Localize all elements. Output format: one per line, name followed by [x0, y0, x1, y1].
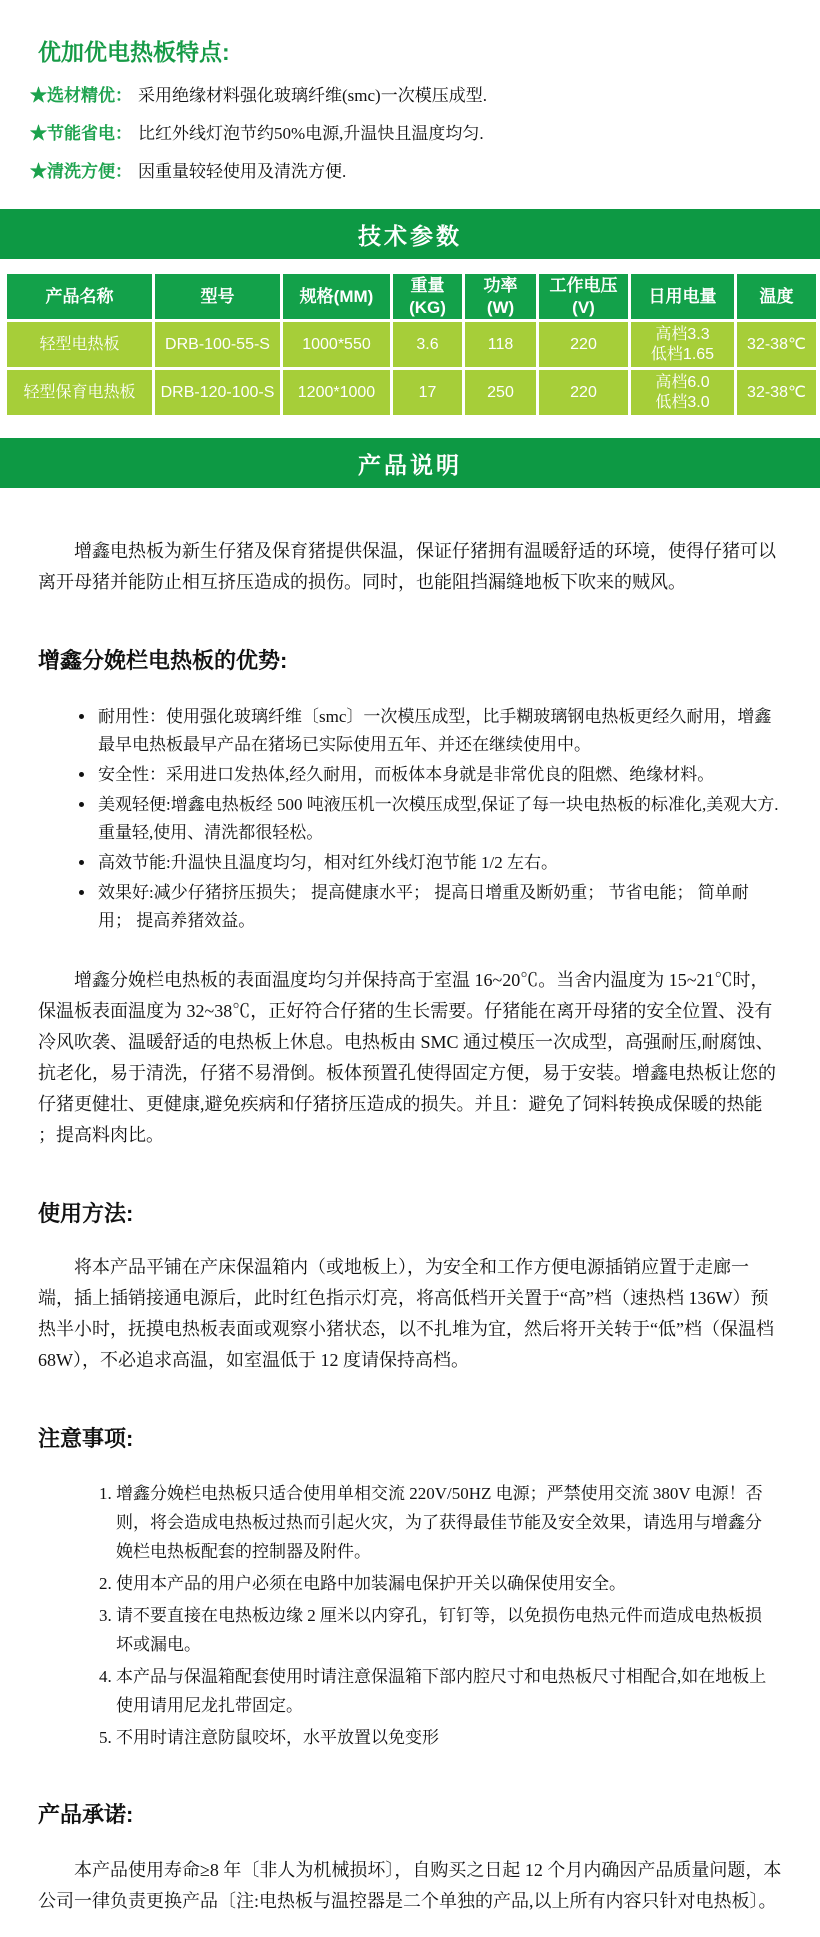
list-item: 本产品与保温箱配套使用时请注意保温箱下部内腔尺寸和电热板尺寸相配合,如在地板上使…	[116, 1662, 772, 1720]
col-header-temperature: 温度	[736, 273, 818, 321]
list-item: 不用时请注意防鼠咬坏，水平放置以免变形	[116, 1723, 772, 1752]
list-item: 高效节能:升温快且温度均匀，相对红外线灯泡节能 1/2 左右。	[96, 849, 782, 877]
spec-table-header-row: 产品名称 型号 规格(MM) 重量 (KG) 功率 (W) 工作电压 (V) 日…	[6, 273, 818, 321]
cell-voltage: 220	[538, 321, 630, 369]
advantages-list: 耐用性：使用强化玻璃纤维〔smc〕一次模压成型，比手糊玻璃钢电热板更经久耐用，增…	[96, 703, 782, 935]
cell-power: 250	[464, 369, 538, 417]
promise-paragraph: 本产品使用寿命≥8 年〔非人为机械损坏〕，自购买之日起 12 个月内确因产品质量…	[38, 1855, 782, 1917]
table-row: 轻型保育电热板 DRB-120-100-S 1200*1000 17 250 2…	[6, 369, 818, 417]
table-row: 轻型电热板 DRB-100-55-S 1000*550 3.6 118 220 …	[6, 321, 818, 369]
cell-daily-consumption: 高档6.0 低档3.0	[630, 369, 736, 417]
cell-model: DRB-100-55-S	[154, 321, 282, 369]
cell-temperature: 32-38℃	[736, 369, 818, 417]
spec-table: 产品名称 型号 规格(MM) 重量 (KG) 功率 (W) 工作电压 (V) 日…	[4, 271, 819, 418]
col-header-size: 规格(MM)	[282, 273, 392, 321]
col-header-weight: 重量 (KG)	[392, 273, 464, 321]
cell-weight: 3.6	[392, 321, 464, 369]
intro-paragraph: 增鑫电热板为新生仔猪及保育猪提供保温，保证仔猪拥有温暖舒适的环境，使得仔猪可以离…	[38, 536, 782, 598]
features-section: 优加优电热板特点: ★选材精优：采用绝缘材料强化玻璃纤维(smc)一次模压成型.…	[0, 0, 820, 183]
cell-model: DRB-120-100-S	[154, 369, 282, 417]
promise-heading: 产品承诺:	[38, 1798, 782, 1829]
feature-item-energy: ★节能省电：比红外线灯泡节约50%电源,升温快且温度均匀.	[30, 123, 790, 145]
col-header-power: 功率 (W)	[464, 273, 538, 321]
col-header-product-name: 产品名称	[6, 273, 154, 321]
tech-params-banner: 技术参数	[0, 209, 820, 259]
feature-text: 因重量较轻使用及清洗方便.	[138, 162, 346, 181]
cell-daily-consumption: 高档3.3 低档1.65	[630, 321, 736, 369]
feature-text: 比红外线灯泡节约50%电源,升温快且温度均匀.	[138, 124, 484, 143]
cell-power: 118	[464, 321, 538, 369]
notices-heading: 注意事项:	[38, 1422, 782, 1453]
cell-size: 1200*1000	[282, 369, 392, 417]
cell-product-name: 轻型电热板	[6, 321, 154, 369]
detail-paragraph: 增鑫分娩栏电热板的表面温度均匀并保持高于室温 16~20℃。当舍内温度为 15~…	[38, 965, 782, 1151]
cell-size: 1000*550	[282, 321, 392, 369]
cell-temperature: 32-38℃	[736, 321, 818, 369]
cell-voltage: 220	[538, 369, 630, 417]
notices-list: 增鑫分娩栏电热板只适合使用单相交流 220V/50HZ 电源；严禁使用交流 38…	[116, 1479, 782, 1752]
description-body: 增鑫电热板为新生仔猪及保育猪提供保温，保证仔猪拥有温暖舒适的环境，使得仔猪可以离…	[0, 536, 820, 1917]
cell-weight: 17	[392, 369, 464, 417]
feature-label: ★清洗方便：	[30, 162, 132, 181]
col-header-voltage: 工作电压 (V)	[538, 273, 630, 321]
cell-product-name: 轻型保育电热板	[6, 369, 154, 417]
col-header-model: 型号	[154, 273, 282, 321]
product-description-banner: 产品说明	[0, 438, 820, 488]
usage-heading: 使用方法:	[38, 1197, 782, 1228]
feature-text: 采用绝缘材料强化玻璃纤维(smc)一次模压成型.	[138, 86, 487, 105]
list-item: 增鑫分娩栏电热板只适合使用单相交流 220V/50HZ 电源；严禁使用交流 38…	[116, 1479, 772, 1566]
product-description-page: 优加优电热板特点: ★选材精优：采用绝缘材料强化玻璃纤维(smc)一次模压成型.…	[0, 0, 820, 1937]
col-header-daily-consumption: 日用电量	[630, 273, 736, 321]
list-item: 请不要直接在电热板边缘 2 厘米以内穿孔，钉钉等，以免损伤电热元件而造成电热板损…	[116, 1601, 772, 1659]
list-item: 使用本产品的用户必须在电路中加装漏电保护开关以确保使用安全。	[116, 1569, 772, 1598]
feature-label: ★节能省电：	[30, 124, 132, 143]
feature-item-material: ★选材精优：采用绝缘材料强化玻璃纤维(smc)一次模压成型.	[30, 85, 790, 107]
usage-paragraph: 将本产品平铺在产床保温箱内（或地板上），为安全和工作方便电源插销应置于走廊一端，…	[38, 1252, 782, 1376]
list-item: 效果好:减少仔猪挤压损失； 提高健康水平； 提高日增重及断奶重； 节省电能； 简…	[96, 879, 782, 935]
list-item: 安全性：采用进口发热体,经久耐用，而板体本身就是非常优良的阻燃、绝缘材料。	[96, 761, 782, 789]
feature-label: ★选材精优：	[30, 86, 132, 105]
list-item: 耐用性：使用强化玻璃纤维〔smc〕一次模压成型，比手糊玻璃钢电热板更经久耐用，增…	[96, 703, 782, 759]
advantages-heading: 增鑫分娩栏电热板的优势:	[38, 644, 782, 675]
list-item: 美观轻便:增鑫电热板经 500 吨液压机一次模压成型,保证了每一块电热板的标准化…	[96, 791, 782, 847]
features-title: 优加优电热板特点:	[38, 34, 790, 67]
feature-item-cleaning: ★清洗方便：因重量较轻使用及清洗方便.	[30, 161, 790, 183]
